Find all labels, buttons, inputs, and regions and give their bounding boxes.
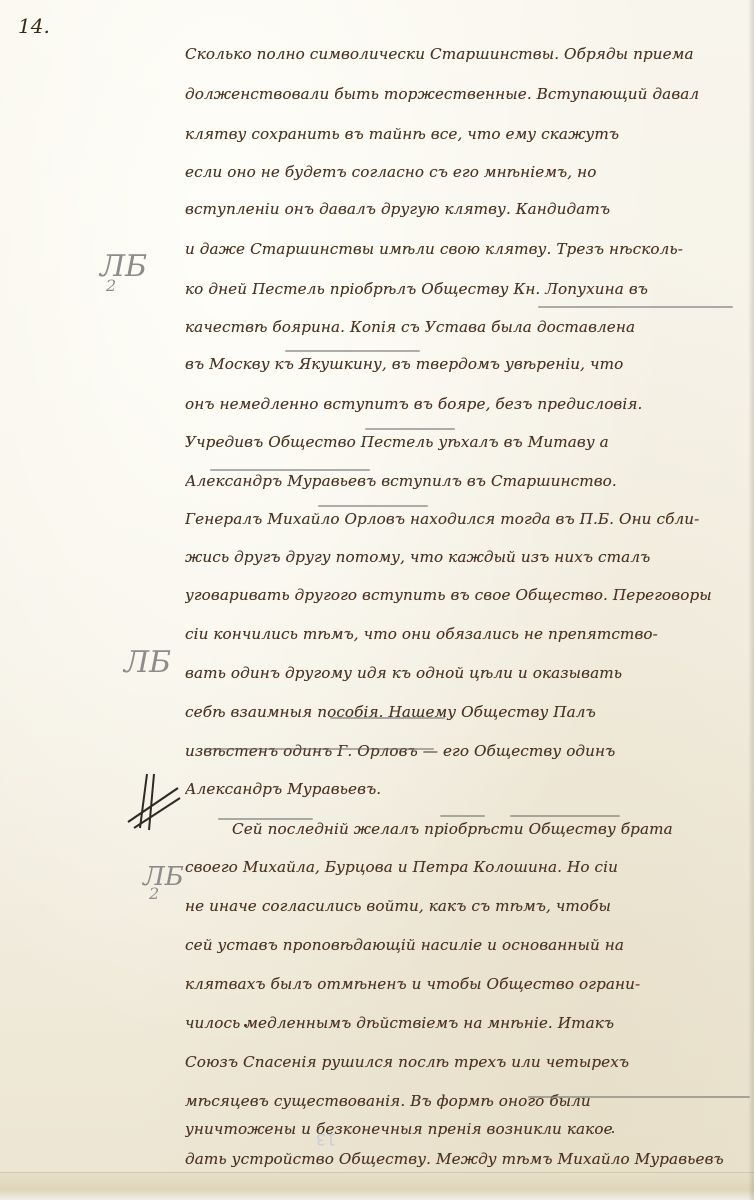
text-line: въ Москву къ Якушкину, въ твердомъ увѣре… [185,355,751,373]
text-line: ко дней Пестель пріобрѣлъ Обществу Кн. Л… [185,280,751,298]
text-line: уговаривать другого вступить въ свое Общ… [185,586,751,604]
pencil-underline [538,306,733,308]
text-line: сіи кончились тѣмъ, что они обязались не… [185,625,751,643]
text-line: сей уставъ проповѣдающій насиліе и основ… [185,936,751,954]
pencil-underline [440,815,485,817]
ink-speck [612,1131,614,1133]
text-line: клятвахъ былъ отмѣненъ и чтобы Общество … [185,975,751,993]
hash-mark-icon [120,770,190,840]
text-line: не иначе согласились войти, какъ съ тѣмъ… [185,897,751,915]
pencil-underline [204,748,434,750]
pencil-underline [365,428,455,430]
pencil-underline [318,505,428,507]
text-line: мѣсяцевъ существованія. Въ формѣ оного б… [185,1092,751,1110]
pencil-underline [528,1096,750,1098]
text-line: своего Михайла, Бурцова и Петра Колошина… [185,858,751,876]
pencil-underline [285,350,420,352]
text-line: вступленіи онъ давалъ другую клятву. Кан… [185,200,751,218]
text-line: Генералъ Михайло Орловъ находился тогда … [185,510,751,528]
pencil-margin-mark: ЛБ 2 [143,864,184,902]
text-line: если оно не будетъ согласно съ его мнѣні… [185,163,751,181]
pencil-underline [330,717,445,719]
faint-stamp: 13 [316,1130,336,1149]
text-line: дать устройство Обществу. Между тѣмъ Мих… [185,1150,751,1168]
text-line: Союзъ Спасенія рушился послѣ трехъ или ч… [185,1053,751,1071]
text-line: Сколько полно символически Старшинствы. … [185,45,751,63]
page-bottom-edge [0,1172,754,1200]
text-line: качествѣ боярина. Копія съ Устава была д… [185,318,751,336]
text-line: уничтожены и безконечныя пренія возникли… [185,1120,751,1138]
margin-mark-label: ЛБ [124,645,171,680]
text-line: Александръ Муравьевъ вступилъ въ Старшин… [185,472,751,490]
pencil-underline [210,469,370,471]
manuscript-page: 14. Сколько полно символически Старшинст… [0,0,754,1200]
text-line: онъ немедленно вступитъ въ бояре, безъ п… [185,395,751,413]
text-line: Александръ Муравьевъ. [185,780,751,798]
text-line: долженствовали быть торжественные. Вступ… [185,85,751,103]
text-line: вать одинъ другому идя къ одной цѣли и о… [185,664,751,682]
text-line: клятву сохранить въ тайнѣ все, что ему с… [185,125,751,143]
text-line: Учредивъ Общество Пестель уѣхалъ въ Мита… [185,433,751,451]
pencil-underline [218,818,313,820]
pencil-underline [510,815,620,817]
text-line: чилось медленнымъ дѣйствіемъ на мнѣніе. … [185,1014,751,1032]
text-line: извѣстенъ одинъ Г. Орловъ — его Обществу… [185,742,751,760]
text-line: себѣ взаимныя пособія. Нашему Обществу П… [185,703,751,721]
pencil-margin-mark: ЛБ [124,648,171,678]
text-line: и даже Старшинствы имѣли свою клятву. Тр… [185,240,751,258]
text-line: Сей последній желалъ пріобрѣсти Обществу… [232,820,751,838]
text-line: жись другъ другу потому, что каждый изъ … [185,548,751,566]
ink-speck [244,1024,247,1027]
pencil-margin-mark: ЛБ 2 [100,252,147,294]
manuscript-text: Сколько полно символически Старшинствы. … [0,0,754,1200]
